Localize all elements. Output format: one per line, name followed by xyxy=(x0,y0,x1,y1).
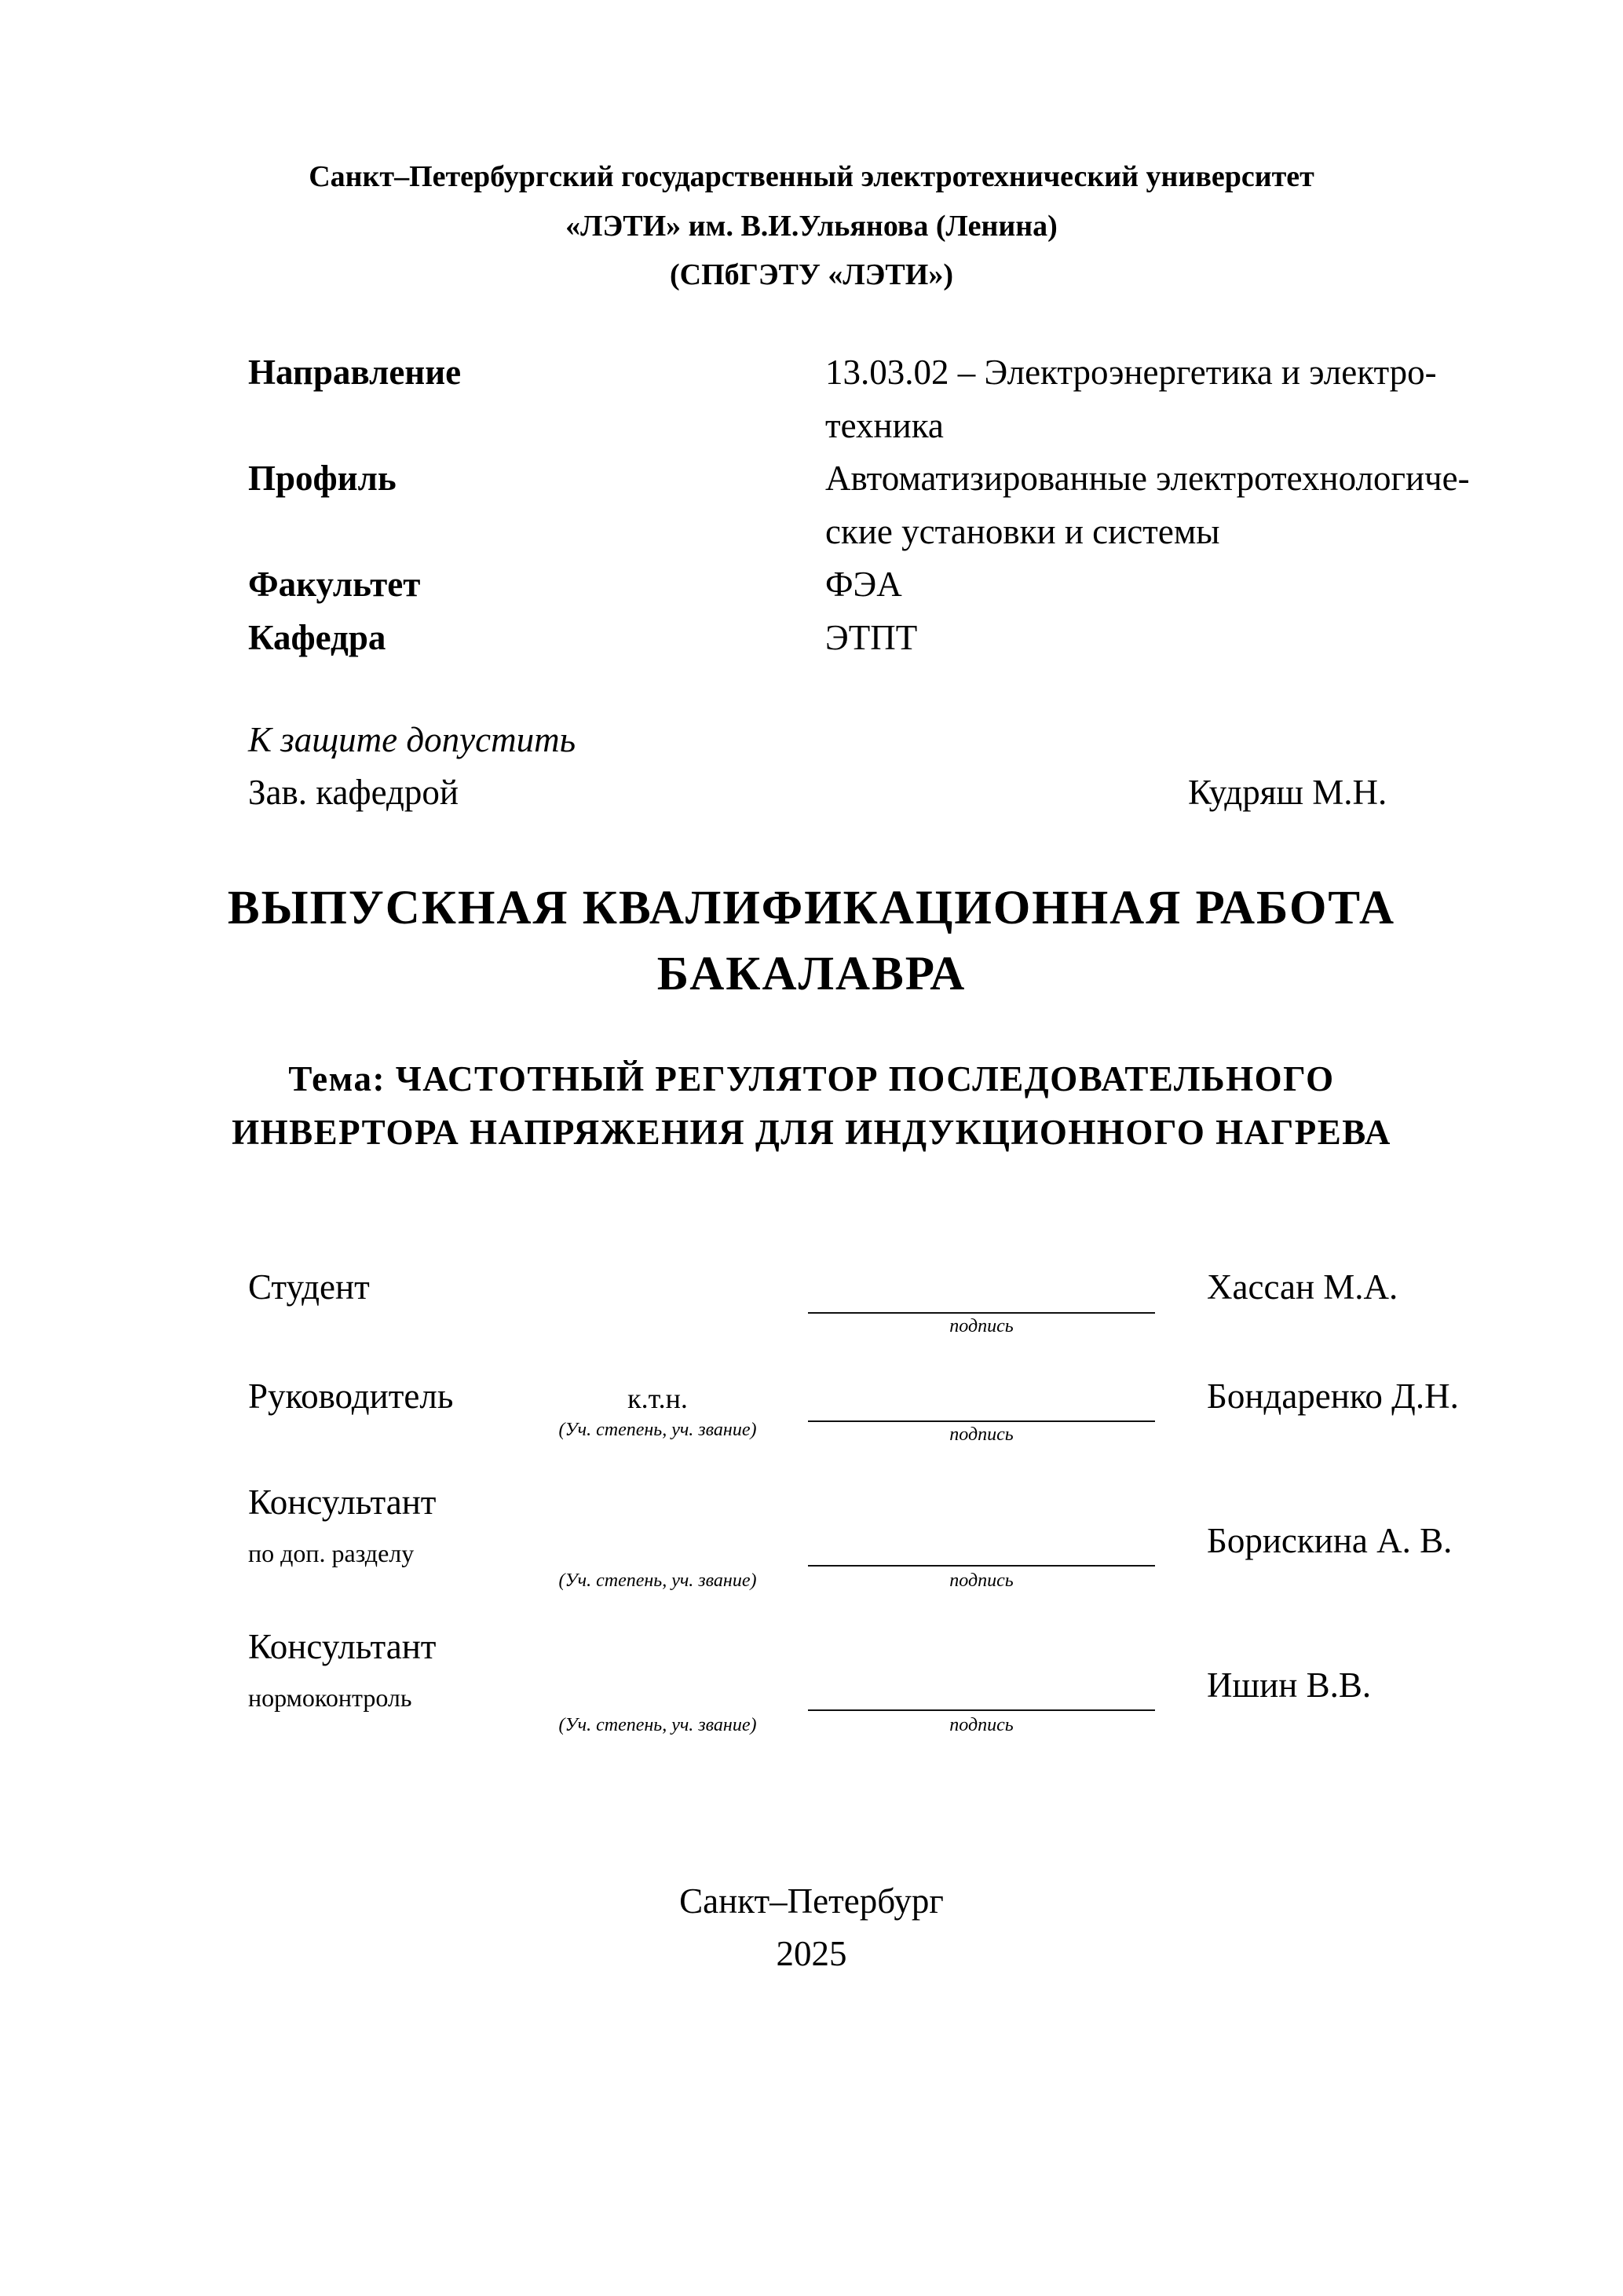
supervisor-degree-caption: (Уч. степень, уч. звание) xyxy=(542,1420,773,1441)
department-label: Кафедра xyxy=(248,617,386,658)
footer-city: Санкт–Петербург xyxy=(0,1881,1623,1921)
consultant-section-signature-line xyxy=(808,1565,1155,1567)
consultant-section-signature-caption: подпись xyxy=(808,1570,1155,1592)
supervisor-role: Руководитель xyxy=(248,1376,453,1417)
admit-to-defense-text: К защите допустить xyxy=(248,719,576,760)
consultant-section-degree-caption: (Уч. степень, уч. звание) xyxy=(542,1570,773,1592)
theme-text-line1: ЧАСТОТНЫЙ РЕГУЛЯТОР ПОСЛЕДОВАТЕЛЬНОГО xyxy=(396,1059,1335,1099)
department-value: ЭТПТ xyxy=(825,617,917,658)
head-of-department-label: Зав. кафедрой xyxy=(248,772,459,813)
consultant-normcontrol-signature-caption: подпись xyxy=(808,1715,1155,1736)
document-title-line1: ВЫПУСКНАЯ КВАЛИФИКАЦИОННАЯ РАБОТА xyxy=(0,876,1623,941)
university-name-line2: «ЛЭТИ» им. В.И.Ульянова (Ленина) xyxy=(0,203,1623,250)
consultant-normcontrol-name: Ишин В.В. xyxy=(1207,1665,1371,1706)
supervisor-name: Бондаренко Д.Н. xyxy=(1207,1376,1459,1417)
theme-line2: ИНВЕРТОРА НАПРЯЖЕНИЯ ДЛЯ ИНДУКЦИОННОГО Н… xyxy=(0,1106,1623,1159)
student-role: Студент xyxy=(248,1267,370,1307)
student-signature-line xyxy=(808,1312,1155,1314)
university-abbreviation: (СПбГЭТУ «ЛЭТИ») xyxy=(0,251,1623,298)
theme-line1: Тема: ЧАСТОТНЫЙ РЕГУЛЯТОР ПОСЛЕДОВАТЕЛЬН… xyxy=(0,1052,1623,1106)
student-signature-caption: подпись xyxy=(808,1316,1155,1337)
consultant-normcontrol-degree-caption: (Уч. степень, уч. звание) xyxy=(542,1715,773,1736)
faculty-value: ФЭА xyxy=(825,564,902,605)
supervisor-signature-line xyxy=(808,1420,1155,1422)
student-name: Хассан М.А. xyxy=(1207,1267,1398,1307)
document-title-line2: БАКАЛАВРА xyxy=(0,941,1623,1007)
head-of-department-name: Кудряш М.Н. xyxy=(1188,772,1387,813)
profile-label: Профиль xyxy=(248,458,397,499)
profile-value-line1: Автоматизированные электротехнологиче- xyxy=(825,458,1470,499)
consultant-normcontrol-signature-line xyxy=(808,1709,1155,1711)
direction-value-line2: техника xyxy=(825,405,944,446)
faculty-label: Факультет xyxy=(248,564,420,605)
consultant-normcontrol-role: Консультант xyxy=(248,1626,436,1667)
supervisor-degree: к.т.н. xyxy=(542,1382,773,1415)
profile-value-line2: ские установки и системы xyxy=(825,511,1220,552)
university-name-line1: Санкт–Петербургский государственный элек… xyxy=(0,153,1623,200)
consultant-normcontrol-subrole: нормоконтроль xyxy=(248,1684,411,1713)
footer-year: 2025 xyxy=(0,1933,1623,1974)
consultant-section-name: Борискина А. В. xyxy=(1207,1520,1452,1561)
consultant-section-subrole: по доп. разделу xyxy=(248,1539,414,1568)
supervisor-signature-caption: подпись xyxy=(808,1424,1155,1446)
direction-value-line1: 13.03.02 – Электроэнергетика и электро- xyxy=(825,352,1437,393)
direction-label: Направление xyxy=(248,352,461,393)
theme-prefix: Тема: xyxy=(288,1059,386,1099)
consultant-section-role: Консультант xyxy=(248,1482,436,1523)
